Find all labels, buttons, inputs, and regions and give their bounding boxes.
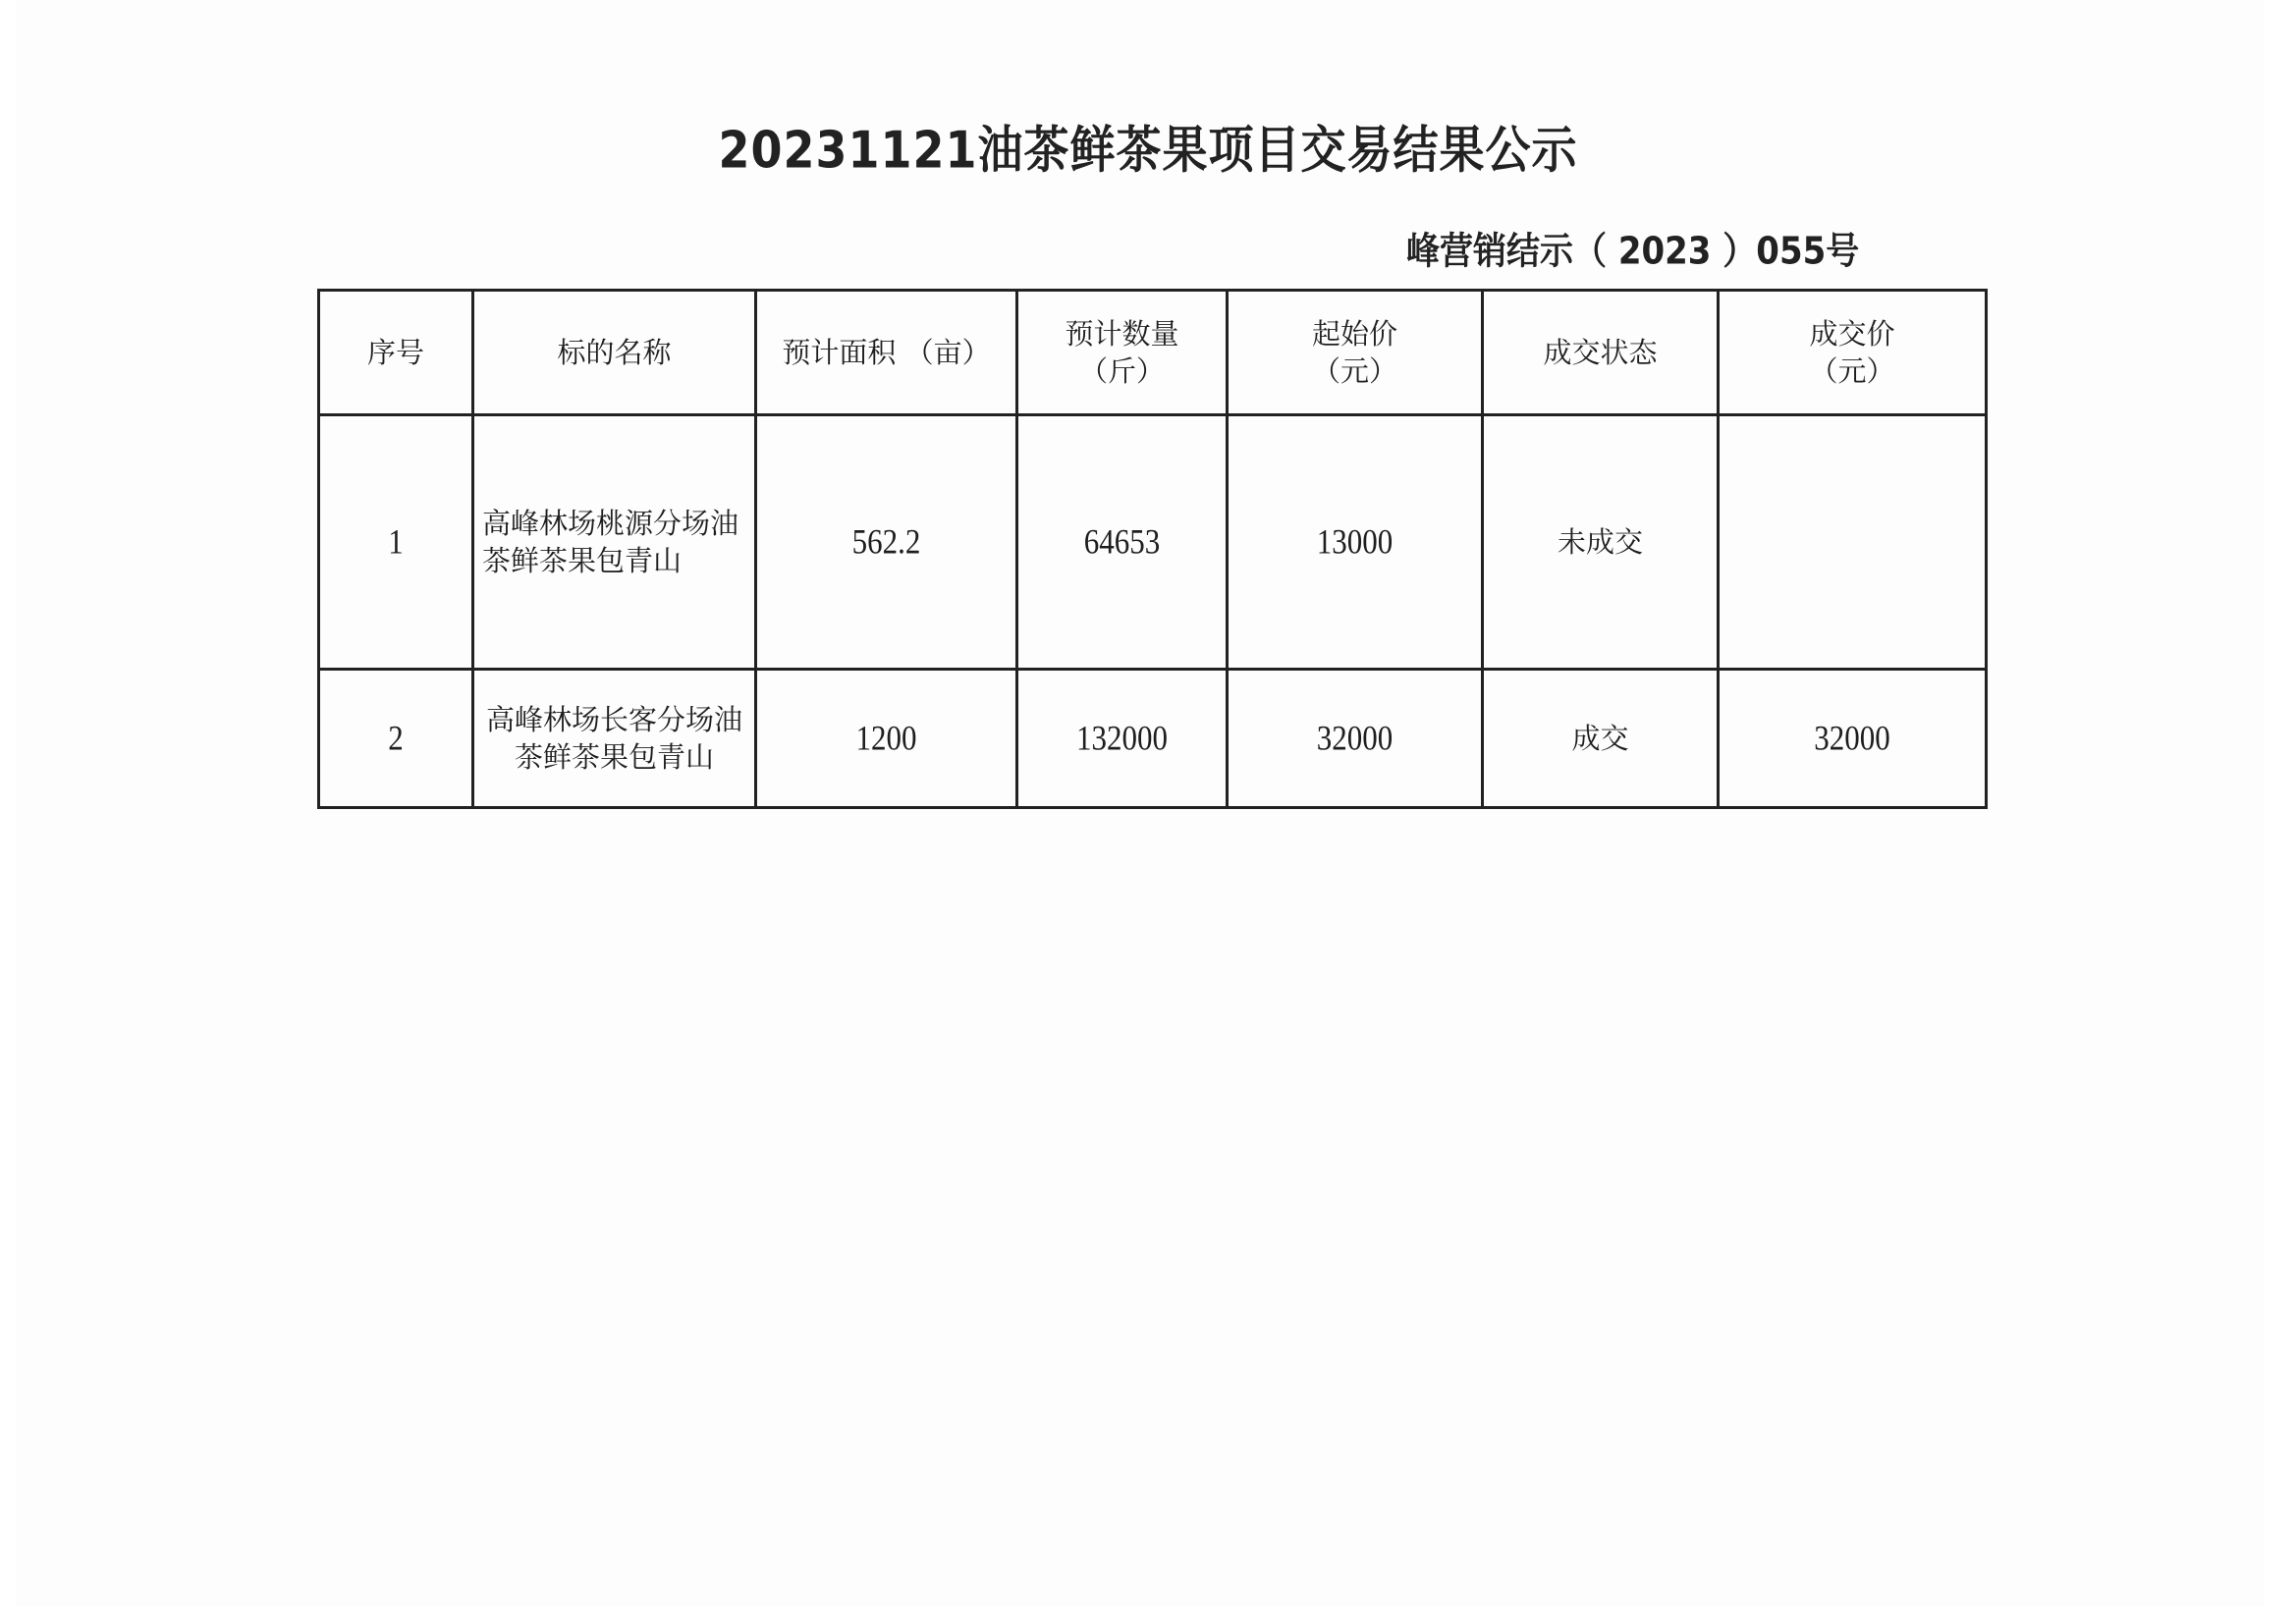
- cell-name: 高峰林场桃源分场油茶鲜茶果包青山: [473, 415, 756, 670]
- cell-area: 1200: [756, 670, 1017, 808]
- cell-start-price: 32000: [1228, 670, 1483, 808]
- header-index: 序号: [319, 291, 473, 415]
- header-area: 预计面积 （亩）: [756, 291, 1017, 415]
- cell-deal-price: 32000: [1719, 670, 1987, 808]
- table-row: 1 高峰林场桃源分场油茶鲜茶果包青山 562.2 64653 13000 未成交: [319, 415, 1987, 670]
- header-deal-price: 成交价（元）: [1719, 291, 1987, 415]
- table-header-row: 序号 标的名称 预计面积 （亩） 预计数量（斤） 起始价（元） 成交状态 成交价…: [319, 291, 1987, 415]
- results-table: 序号 标的名称 预计面积 （亩） 预计数量（斤） 起始价（元） 成交状态 成交价…: [317, 289, 1988, 809]
- cell-quantity: 64653: [1017, 415, 1228, 670]
- cell-start-price: 13000: [1228, 415, 1483, 670]
- cell-index: 2: [319, 670, 473, 808]
- header-status: 成交状态: [1483, 291, 1719, 415]
- cell-quantity: 132000: [1017, 670, 1228, 808]
- cell-area: 562.2: [756, 415, 1017, 670]
- document-number: 峰营销结示（ 2023 ）055号: [1406, 221, 1859, 275]
- cell-status: 成交: [1483, 670, 1719, 808]
- header-quantity: 预计数量（斤）: [1017, 291, 1228, 415]
- document-title: 20231121油茶鲜茶果项目交易结果公示: [0, 110, 2296, 183]
- header-start-price: 起始价（元）: [1228, 291, 1483, 415]
- table-row: 2 高峰林场长客分场油茶鲜茶果包青山 1200 132000 32000 成交 …: [319, 670, 1987, 808]
- cell-name: 高峰林场长客分场油茶鲜茶果包青山: [473, 670, 756, 808]
- cell-status: 未成交: [1483, 415, 1719, 670]
- cell-deal-price: [1719, 415, 1987, 670]
- header-name: 标的名称: [473, 291, 756, 415]
- cell-index: 1: [319, 415, 473, 670]
